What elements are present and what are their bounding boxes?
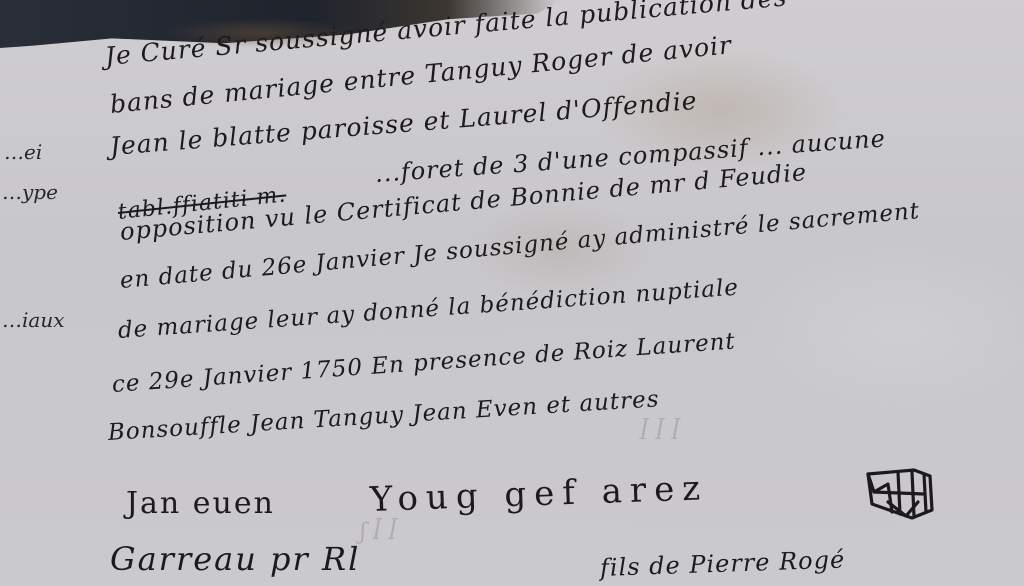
signature-jan-euen: Jan euen bbox=[126, 486, 275, 521]
text-line-9: Bonsouffle Jean Tanguy Jean Even et autr… bbox=[107, 386, 660, 446]
bleed-through-text: ꟾ ꟾ ꟾ bbox=[640, 420, 680, 445]
manuscript-page: ꟾ ꟾ ꟾ ʃ ꟾ ꟾ …ei …ype …iaux Je Curé Sr so… bbox=[0, 0, 1024, 586]
signature-garreau: Garreau pr Rl bbox=[110, 540, 360, 578]
text-line-10: fils de Pierre Rogé bbox=[600, 545, 846, 582]
signature-roug-gef-arez: Youg gef arez bbox=[369, 468, 708, 520]
margin-fragment: …iaux bbox=[2, 308, 64, 332]
bleed-through-text: ʃ ꟾ ꟾ bbox=[360, 520, 397, 545]
margin-fragment: …ei bbox=[4, 140, 42, 164]
margin-fragment: …ype bbox=[2, 180, 58, 204]
signature-mark-icon bbox=[862, 462, 936, 522]
